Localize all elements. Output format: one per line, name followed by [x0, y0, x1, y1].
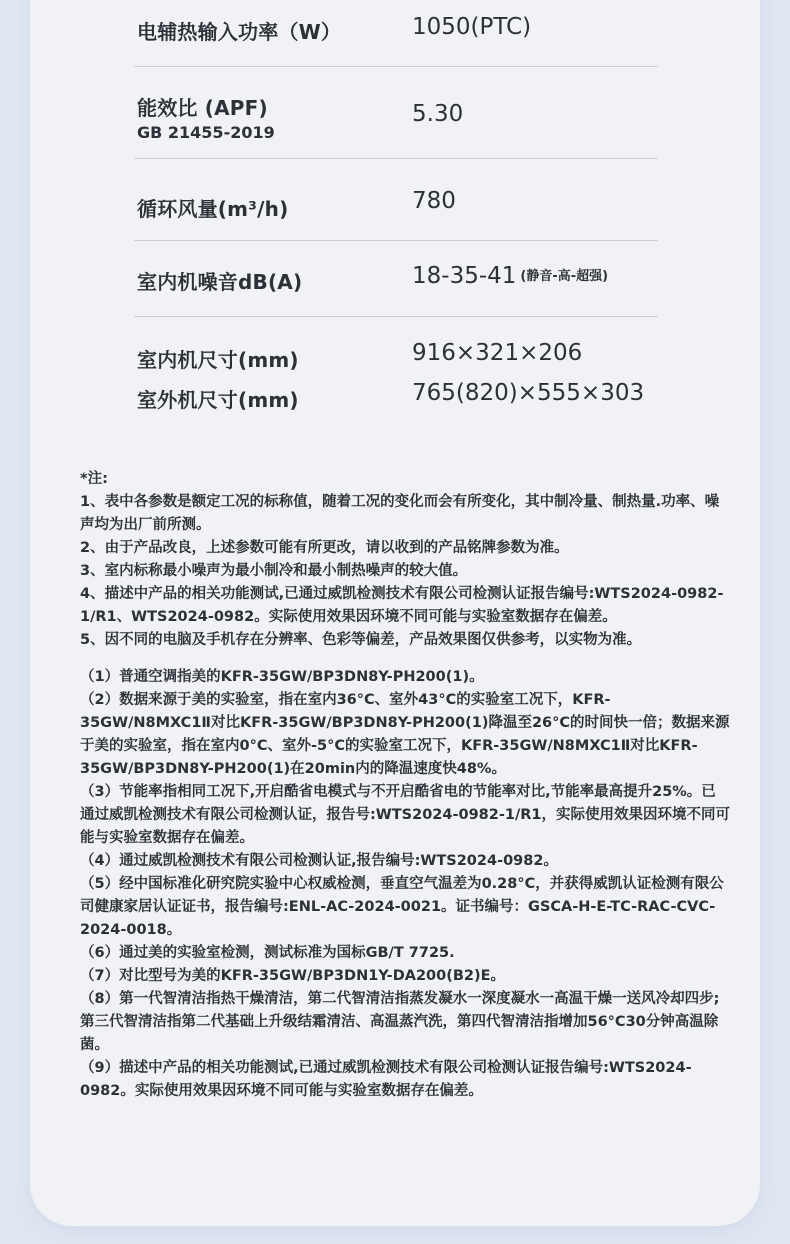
footnote-item: （4）通过威凯检测技术有限公司检测认证,报告编号:WTS2024-0982。 — [80, 850, 730, 873]
footnote-item: （9）描述中产品的相关功能测试,已通过威凯检测技术有限公司检测认证报告编号:WT… — [80, 1057, 730, 1103]
footnote-item: （2）数据来源于美的实验室，指在室内36°C、室外43°C的实验室工况下，KFR… — [80, 689, 730, 781]
spec-label-aux-heating-power: 电辅热输入功率（W） — [137, 16, 341, 45]
footnote-item: （7）对比型号为美的KFR-35GW/BP3DN1Y-DA200(B2)E。 — [80, 965, 730, 988]
spec-label-airflow: 循环风量(m³/h) — [137, 193, 288, 222]
footnote-item: （1）普通空调指美的KFR-35GW/BP3DN8Y-PH200(1)。 — [80, 666, 730, 689]
footnote-item: （8）第一代智清洁指热干燥清洁，第二代智清洁指蒸发凝水一深度凝水一高温干燥一送风… — [80, 988, 730, 1057]
footnote-item: （3）节能率指相同工况下,开启酷省电模式与不开启酷省电的节能率对比,节能率最高提… — [80, 781, 730, 850]
footnote-item: （6）通过美的实验室检测，测试标准为国标GB/T 7725. — [80, 942, 730, 965]
spacer — [80, 652, 730, 666]
divider — [134, 158, 658, 159]
spec-value-airflow: 780 — [412, 188, 456, 214]
spec-value-outdoor-size: 765(820)×555×303 — [412, 380, 644, 406]
note-item: 3、室内标称最小噪声为最小制冷和最小制热噪声的较大值。 — [80, 560, 730, 583]
noise-values: 18-35-41 — [412, 263, 516, 289]
spec-value-indoor-noise: 18-35-41(静音-高-超强) — [412, 263, 608, 289]
spec-label-indoor-noise: 室内机噪音dB(A) — [137, 266, 302, 295]
noise-modes-note: (静音-高-超强) — [520, 269, 608, 284]
notes-heading: *注: — [80, 468, 730, 491]
footnote-item: （5）经中国标准化研究院实验中心权威检测，垂直空气温差为0.28°C，并获得威凯… — [80, 873, 730, 942]
divider — [134, 240, 658, 241]
notes-section: *注: 1、表中各参数是额定工况的标称值，随着工况的变化而会有所变化，其中制冷量… — [80, 468, 730, 1103]
note-item: 5、因不同的电脑及手机存在分辨率、色彩等偏差，产品效果图仅供参考，以实物为准。 — [80, 629, 730, 652]
divider — [134, 316, 658, 317]
note-item: 2、由于产品改良，上述参数可能有所更改，请以收到的产品铭牌参数为准。 — [80, 537, 730, 560]
note-item: 4、描述中产品的相关功能测试,已通过威凯检测技术有限公司检测认证报告编号:WTS… — [80, 583, 730, 629]
note-item: 1、表中各参数是额定工况的标称值，随着工况的变化而会有所变化，其中制冷量、制热量… — [80, 491, 730, 537]
spec-label-indoor-size: 室内机尺寸(mm) — [137, 344, 299, 373]
divider — [134, 66, 658, 67]
spec-value-indoor-size: 916×321×206 — [412, 340, 582, 366]
spec-value-aux-heating-power: 1050(PTC) — [412, 14, 531, 40]
spec-sublabel-apf-standard: GB 21455-2019 — [137, 123, 275, 142]
spec-label-outdoor-size: 室外机尺寸(mm) — [137, 384, 299, 413]
spec-label-apf: 能效比 (APF) — [137, 92, 268, 121]
spec-value-apf: 5.30 — [412, 101, 463, 127]
